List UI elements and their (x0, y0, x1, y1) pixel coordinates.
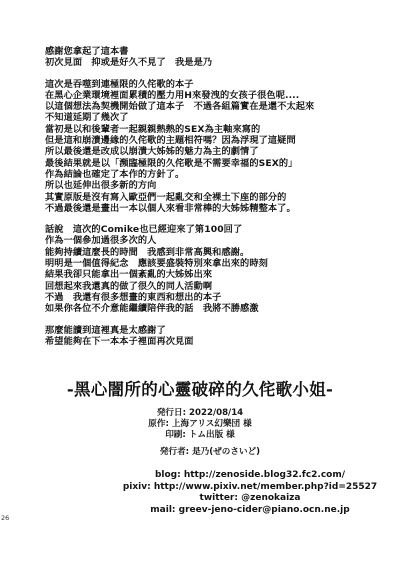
afterword-text: 感謝您拿起了這本書 初次見面 抑或是好久不見了 我是是乃 這次是吞噬到連極限的久… (45, 46, 365, 357)
pixiv-link[interactable]: pixiv: http://www.pixiv.net/member.php?i… (0, 482, 400, 494)
text-line: 不過 我還有很多想畫的東西和想出的本子 (45, 292, 365, 303)
contact-info: blog: http://zenoside.blog32.fc2.com/ pi… (0, 470, 400, 516)
book-title: -黑心闇所的心靈破碎的久侘歌小姐- (0, 376, 400, 400)
page-number: 26 (1, 514, 9, 522)
text-line: 最後結果就是以「瀕臨極限的久侘歌是不需要幸福的SEX的」 (45, 158, 365, 169)
text-line: 這次是吞噬到連極限的久侘歌的本子 (45, 79, 365, 90)
text-line: 話說 這次的Comike也已經迎來了第100回了 (45, 224, 365, 235)
text-line: 回想起來我還真的做了很久的同人活動啊 (45, 281, 365, 292)
text-line: 當初是以和後輩者一起親親熱熱的SEX為主軸來寫的 (45, 124, 365, 135)
colophon: 発行日: 2022/08/14 原作: 上海アリス幻樂団 様 印刷: トム出版 … (0, 408, 400, 441)
text-line: 能夠持續這麼長的時間 我感到非常高興和感謝。 (45, 247, 365, 258)
text-line: 所以最後還是改成以崩潰大姊姊的魅力為主的劇情了 (45, 146, 365, 157)
text-line: 作為結論也確定了本作的方針了。 (45, 169, 365, 180)
text-line: 其實原版是沒有寫入歐亞們一起亂交和全裸土下座的部分的 (45, 192, 365, 203)
text-line: 初次見面 抑或是好久不見了 我是是乃 (45, 57, 365, 68)
text-line: 以這個想法為契機開始做了這本子 不過各組篇實在是還不太起來 (45, 101, 365, 112)
afterword-paragraph-story: 這次是吞噬到連極限的久侘歌的本子 在黑心企業環境裡面累積的壓力用H來發洩的女孩子… (45, 79, 365, 215)
afterword-paragraph-closing: 那麼能讀到這裡真是太感謝了 希望能夠在下一本本子裡面再次見面 (45, 325, 365, 348)
text-line: 那麼能讀到這裡真是太感謝了 (45, 325, 365, 336)
text-line: 結果我卻只能拿出一個紊亂的大姊姊出來 (45, 269, 365, 280)
twitter-handle[interactable]: twitter: @zenokaiza (0, 493, 400, 505)
text-line: 希望能夠在下一本本子裡面再次見面 (45, 336, 365, 347)
text-line: 明明是一個值得紀念 應該要盛裝特別來拿出來的時刻 (45, 258, 365, 269)
afterword-paragraph-comike: 話說 這次的Comike也已經迎來了第100回了 作為一個參加過很多次的人 能夠… (45, 224, 365, 314)
text-line: 不知道延期了幾次了 (45, 112, 365, 123)
text-line: 感謝您拿起了這本書 (45, 46, 365, 57)
printer: 印刷: トム出版 様 (0, 430, 400, 441)
issue-date: 発行日: 2022/08/14 (0, 408, 400, 419)
text-line: 所以也延伸出很多新的方向 (45, 180, 365, 191)
text-line: 不過最後還是畫出一本以個人來看非常棒的大姊姊精整本了。 (45, 203, 365, 214)
text-line: 作為一個參加過很多次的人 (45, 235, 365, 246)
original-work: 原作: 上海アリス幻樂団 様 (0, 419, 400, 430)
mail-address[interactable]: mail: greev-jeno-cider@piano.ocn.ne.jp (0, 505, 400, 517)
text-line: 但是這和崩潰邊緣的久侘歌的主題相符嗎？因為浮現了這疑問 (45, 135, 365, 146)
blog-link[interactable]: blog: http://zenoside.blog32.fc2.com/ (0, 470, 400, 482)
afterword-paragraph-greeting: 感謝您拿起了這本書 初次見面 抑或是好久不見了 我是是乃 (45, 46, 365, 69)
publisher: 発行者: 是乃(ぜのさいど) (0, 445, 400, 457)
text-line: 在黑心企業環境裡面累積的壓力用H來發洩的女孩子很色呢.... (45, 90, 365, 101)
text-line: 如果你各位不介意能繼續陪伴我的話 我將不勝感激 (45, 303, 365, 314)
